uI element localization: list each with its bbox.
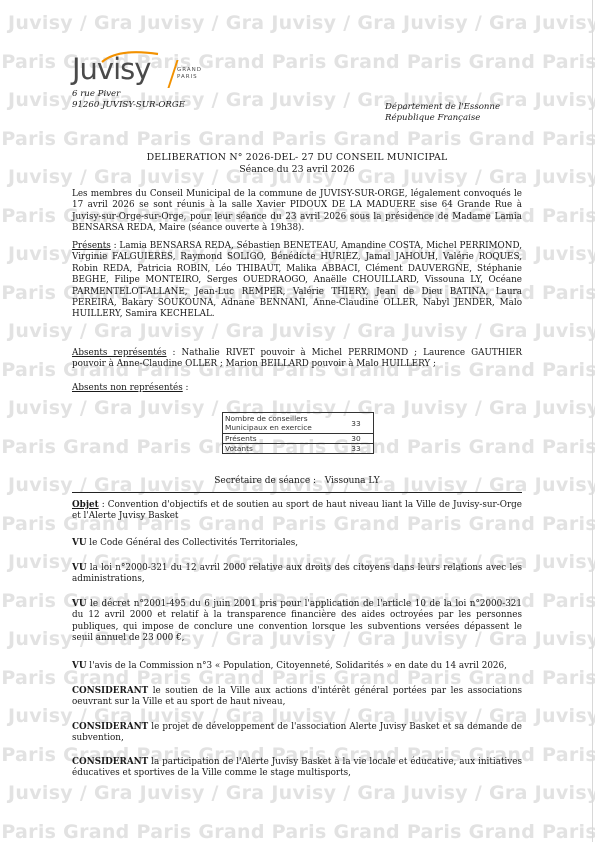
separator-line <box>72 492 522 493</box>
absents-represented-paragraph: Absents représentés : Nathalie RIVET pou… <box>72 348 522 371</box>
absents-not-represented-paragraph: Absents non représentés : <box>72 383 522 394</box>
logo-sub-grand: GRAND <box>177 67 202 74</box>
absents-represented-label: Absents représentés <box>72 348 167 358</box>
absents-not-represented-label: Absents non représentés <box>72 383 183 393</box>
session-secretary: Secrétaire de séance : Vissouna LY <box>72 476 522 486</box>
vu-lead: VU <box>72 661 87 671</box>
vu-text: le Code Général des Collectivités Territ… <box>87 538 299 548</box>
secretary-name: Vissouna LY <box>325 476 380 486</box>
considerant-paragraph: CONSIDERANT le projet de développement d… <box>72 722 522 745</box>
address-street: 6 rue Piver <box>72 89 185 100</box>
considerant-lead: CONSIDERANT <box>72 686 148 696</box>
vu-lead: VU <box>72 599 87 609</box>
juvisy-logo: Juvisy GRAND PARIS <box>72 50 192 92</box>
considerant-paragraph: CONSIDERANT la participation de l'Alerte… <box>72 757 522 780</box>
document-page: Juvisy GRAND PARIS 6 rue Piver 91260 JUV… <box>0 0 595 842</box>
object-paragraph: Objet : Convention d'objectifs et de sou… <box>72 500 522 523</box>
vu-lead: VU <box>72 538 87 548</box>
secretary-label: Secrétaire de séance : <box>214 476 316 486</box>
absents-not-represented-list: : <box>183 383 189 393</box>
presents-paragraph: Présents : Lamia BENSARSA REDA, Sébastie… <box>72 241 522 321</box>
vu-paragraph: VU la loi n°2000-321 du 12 avril 2000 re… <box>72 563 522 586</box>
stat-label: Nombre de conseillers Municipaux en exer… <box>223 413 340 434</box>
vu-lead: VU <box>72 563 87 573</box>
stat-label: Présents <box>223 434 340 444</box>
table-row: Présents 30 <box>223 434 374 444</box>
vu-text: le décret n°2001-495 du 6 juin 2001 pris… <box>72 599 522 643</box>
stat-value: 33 <box>339 413 374 434</box>
vu-paragraph: VU l'avis de la Commission n°3 « Populat… <box>72 661 522 672</box>
logo-subtitle: GRAND PARIS <box>177 67 202 81</box>
considerant-paragraph: CONSIDERANT le soutien de la Ville aux a… <box>72 686 522 709</box>
logo-sub-paris: PARIS <box>177 74 202 81</box>
table-row: Nombre de conseillers Municipaux en exer… <box>223 413 374 434</box>
vu-text: la loi n°2000-321 du 12 avril 2000 relat… <box>72 563 522 584</box>
logo-wordmark: Juvisy <box>72 52 150 86</box>
stat-value: 30 <box>339 434 374 444</box>
object-label: Objet <box>72 500 99 510</box>
council-stats-table: Nombre de conseillers Municipaux en exer… <box>222 412 374 454</box>
presents-label: Présents <box>72 241 111 251</box>
presents-list: : Lamia BENSARSA REDA, Sébastien BENETEA… <box>72 241 522 319</box>
vu-paragraph: VU le décret n°2001-495 du 6 juin 2001 p… <box>72 599 522 645</box>
address-city: 91260 JUVISY-SUR-ORGE <box>72 100 185 111</box>
stat-label: Votants <box>223 444 340 454</box>
deliberation-title: DELIBERATION N° 2026-DEL- 27 DU CONSEIL … <box>72 152 522 176</box>
table-row: Votants 33 <box>223 444 374 454</box>
object-text: : Convention d'objectifs et de soutien a… <box>72 500 522 521</box>
deliberation-number: DELIBERATION N° 2026-DEL- 27 DU CONSEIL … <box>72 152 522 164</box>
stat-value: 33 <box>339 444 374 454</box>
vu-paragraph: VU le Code Général des Collectivités Ter… <box>72 538 522 549</box>
vu-text: l'avis de la Commission n°3 « Population… <box>87 661 507 671</box>
jurisdiction: Département de l'Essonne République Fran… <box>385 102 500 124</box>
department: Département de l'Essonne <box>385 102 500 113</box>
considerant-lead: CONSIDERANT <box>72 757 148 767</box>
session-date: Séance du 23 avril 2026 <box>72 164 522 176</box>
country: République Française <box>385 113 500 124</box>
considerant-lead: CONSIDERANT <box>72 722 148 732</box>
city-address: 6 rue Piver 91260 JUVISY-SUR-ORGE <box>72 89 185 111</box>
intro-paragraph: Les membres du Conseil Municipal de la c… <box>72 189 522 235</box>
